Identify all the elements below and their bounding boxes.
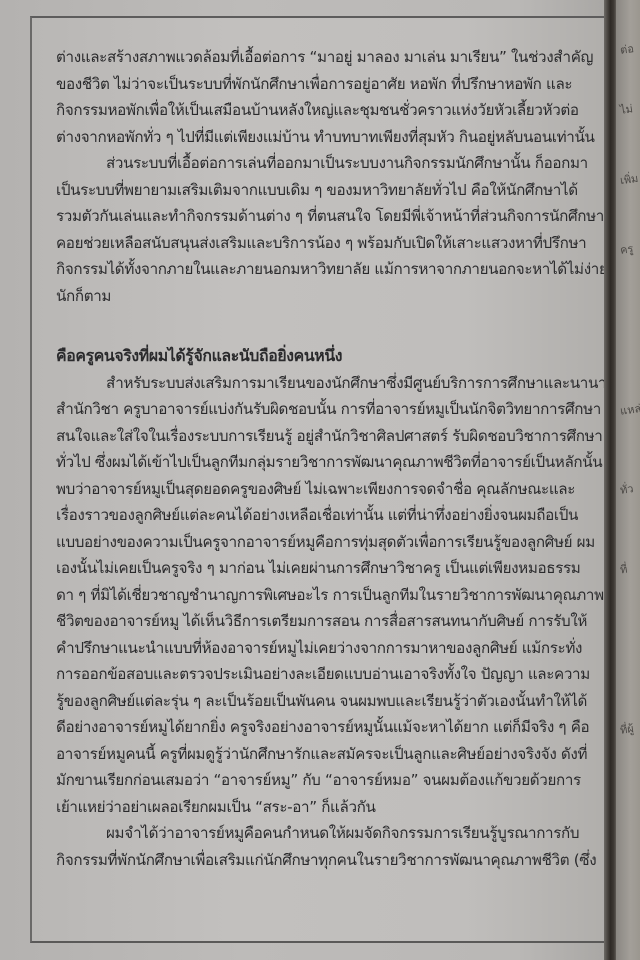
text-line: กิจกรรมหอพักเพื่อให้เป็นเสมือนบ้านหลังให… bbox=[56, 97, 606, 124]
text-line: มักขานเรียกก่อนเสมอว่า “อาจารย์หมู” กับ … bbox=[56, 767, 606, 794]
text-line: รวมตัวกันเล่นและทำกิจกรรมด้านต่าง ๆ ที่ต… bbox=[56, 203, 606, 230]
book-page: ต่างและสร้างสภาพแวดล้อมที่เอื้อต่อการ “ม… bbox=[0, 0, 608, 960]
text-line: พบว่าอาจารย์หมูเป็นสุดยอดครูของศิษย์ ไม่… bbox=[56, 476, 606, 503]
text-line: เป็นระบบที่พยายามเสริมเติมจากแบบเดิม ๆ ข… bbox=[56, 177, 606, 204]
text-line: ทั่วไป ซึ่งผมได้เข้าไปเป็นลูกทีมกลุ่มราย… bbox=[56, 449, 606, 476]
text-line: สำนักวิชา ครูบาอาจารย์แบ่งกันรับผิดชอบนั… bbox=[56, 396, 606, 423]
text-line: ชีวิตของอาจารย์หมู ได้เห็นวิธีการเตรียมก… bbox=[56, 608, 606, 635]
text-line: ต่างจากหอพักทั่ว ๆ ไปที่มีแต่เพียงแม่บ้า… bbox=[56, 124, 606, 151]
paragraph-first-line: สำหรับระบบส่งเสริมการมาเรียนของนักศึกษาซ… bbox=[56, 370, 606, 397]
adjacent-page-text-fragment: เพิ่ม bbox=[619, 169, 640, 189]
adjacent-page-text-fragment: ที่ผู้ bbox=[619, 719, 635, 739]
paragraph-first-line: ผมจำได้ว่าอาจารย์หมูคือคนกำหนดให้ผมจัดกิ… bbox=[56, 820, 606, 847]
text-line: นักก็ตาม bbox=[56, 283, 606, 310]
text-line: อาจารย์หมูคนนี้ ครูที่ผมดูรู้ว่านักศึกษา… bbox=[56, 741, 606, 768]
text-line: เย้าแหย่ว่าอย่าเผลอเรียกผมเป็น “สระ-อา” … bbox=[56, 794, 606, 821]
text-line: กิจกรรมได้ทั้งจากภายในและภายนอกมหาวิทยาล… bbox=[56, 256, 606, 283]
text-line: เรื่องราวของลูกศิษย์แต่ละคนได้อย่างเหลือ… bbox=[56, 502, 606, 529]
book-photo: ต่างและสร้างสภาพแวดล้อมที่เอื้อต่อการ “ม… bbox=[0, 0, 640, 960]
page-body-text: ต่างและสร้างสภาพแวดล้อมที่เอื้อต่อการ “ม… bbox=[56, 44, 606, 873]
adjacent-page-text-fragment: ไม่ bbox=[619, 99, 634, 119]
adjacent-page-edge: ต่อ ไม่ เพิ่ม ครู แหล่ง ทั่ว ที่ ที่ผู้ bbox=[616, 0, 640, 960]
text-line: กิจกรรมที่พักนักศึกษาเพื่อเสริมแก่นักศึก… bbox=[56, 847, 606, 874]
adjacent-page-text-fragment: แหล่ง bbox=[619, 398, 640, 420]
text-line: ดา ๆ ที่มิได้เชี่ยวชาญชำนาญการพิเศษอะไร … bbox=[56, 582, 606, 609]
adjacent-page-text-fragment: ทั่ว bbox=[619, 479, 635, 499]
text-line: คำปรึกษาแนะนำแบบที่ห้องอาจารย์หมูไม่เคยว… bbox=[56, 635, 606, 662]
text-line: ของชีวิต ไม่ว่าจะเป็นระบบที่พักนักศึกษาเ… bbox=[56, 71, 606, 98]
text-line: รู้ของลูกศิษย์แต่ละรุ่น ๆ ละเป็นร้อยเป็น… bbox=[56, 688, 606, 715]
text-line: เองนั้นไม่เคยเป็นครูจริง ๆ มาก่อน ไม่เคย… bbox=[56, 555, 606, 582]
adjacent-page-text-fragment: ที่ bbox=[619, 560, 629, 579]
adjacent-page-text-fragment: ต่อ bbox=[619, 39, 635, 59]
text-line: การออกข้อสอบและตรวจประเมินอย่างละเอียดแบ… bbox=[56, 661, 606, 688]
text-line: สนใจและใส่ใจในเรื่องระบบการเรียนรู้ อยู่… bbox=[56, 423, 606, 450]
section-heading: คือครูคนจริงที่ผมได้รู้จักและนับถือยิ่งค… bbox=[56, 343, 606, 370]
adjacent-page-text-fragment: ครู bbox=[619, 239, 635, 259]
paragraph-first-line: ส่วนระบบที่เอื้อต่อการเล่นที่ออกมาเป็นระ… bbox=[56, 150, 606, 177]
text-line: คอยช่วยเหลือสนับสนุนส่งเสริมและบริการน้อ… bbox=[56, 230, 606, 257]
text-line: ต่างและสร้างสภาพแวดล้อมที่เอื้อต่อการ “ม… bbox=[56, 44, 606, 71]
text-line: ดีอย่างอาจารย์หมูได้ยากยิ่ง ครูจริงอย่าง… bbox=[56, 714, 606, 741]
section-spacer bbox=[56, 309, 606, 343]
text-line: แบบอย่างของความเป็นครูจากอาจารย์หมูคือกา… bbox=[56, 529, 606, 556]
